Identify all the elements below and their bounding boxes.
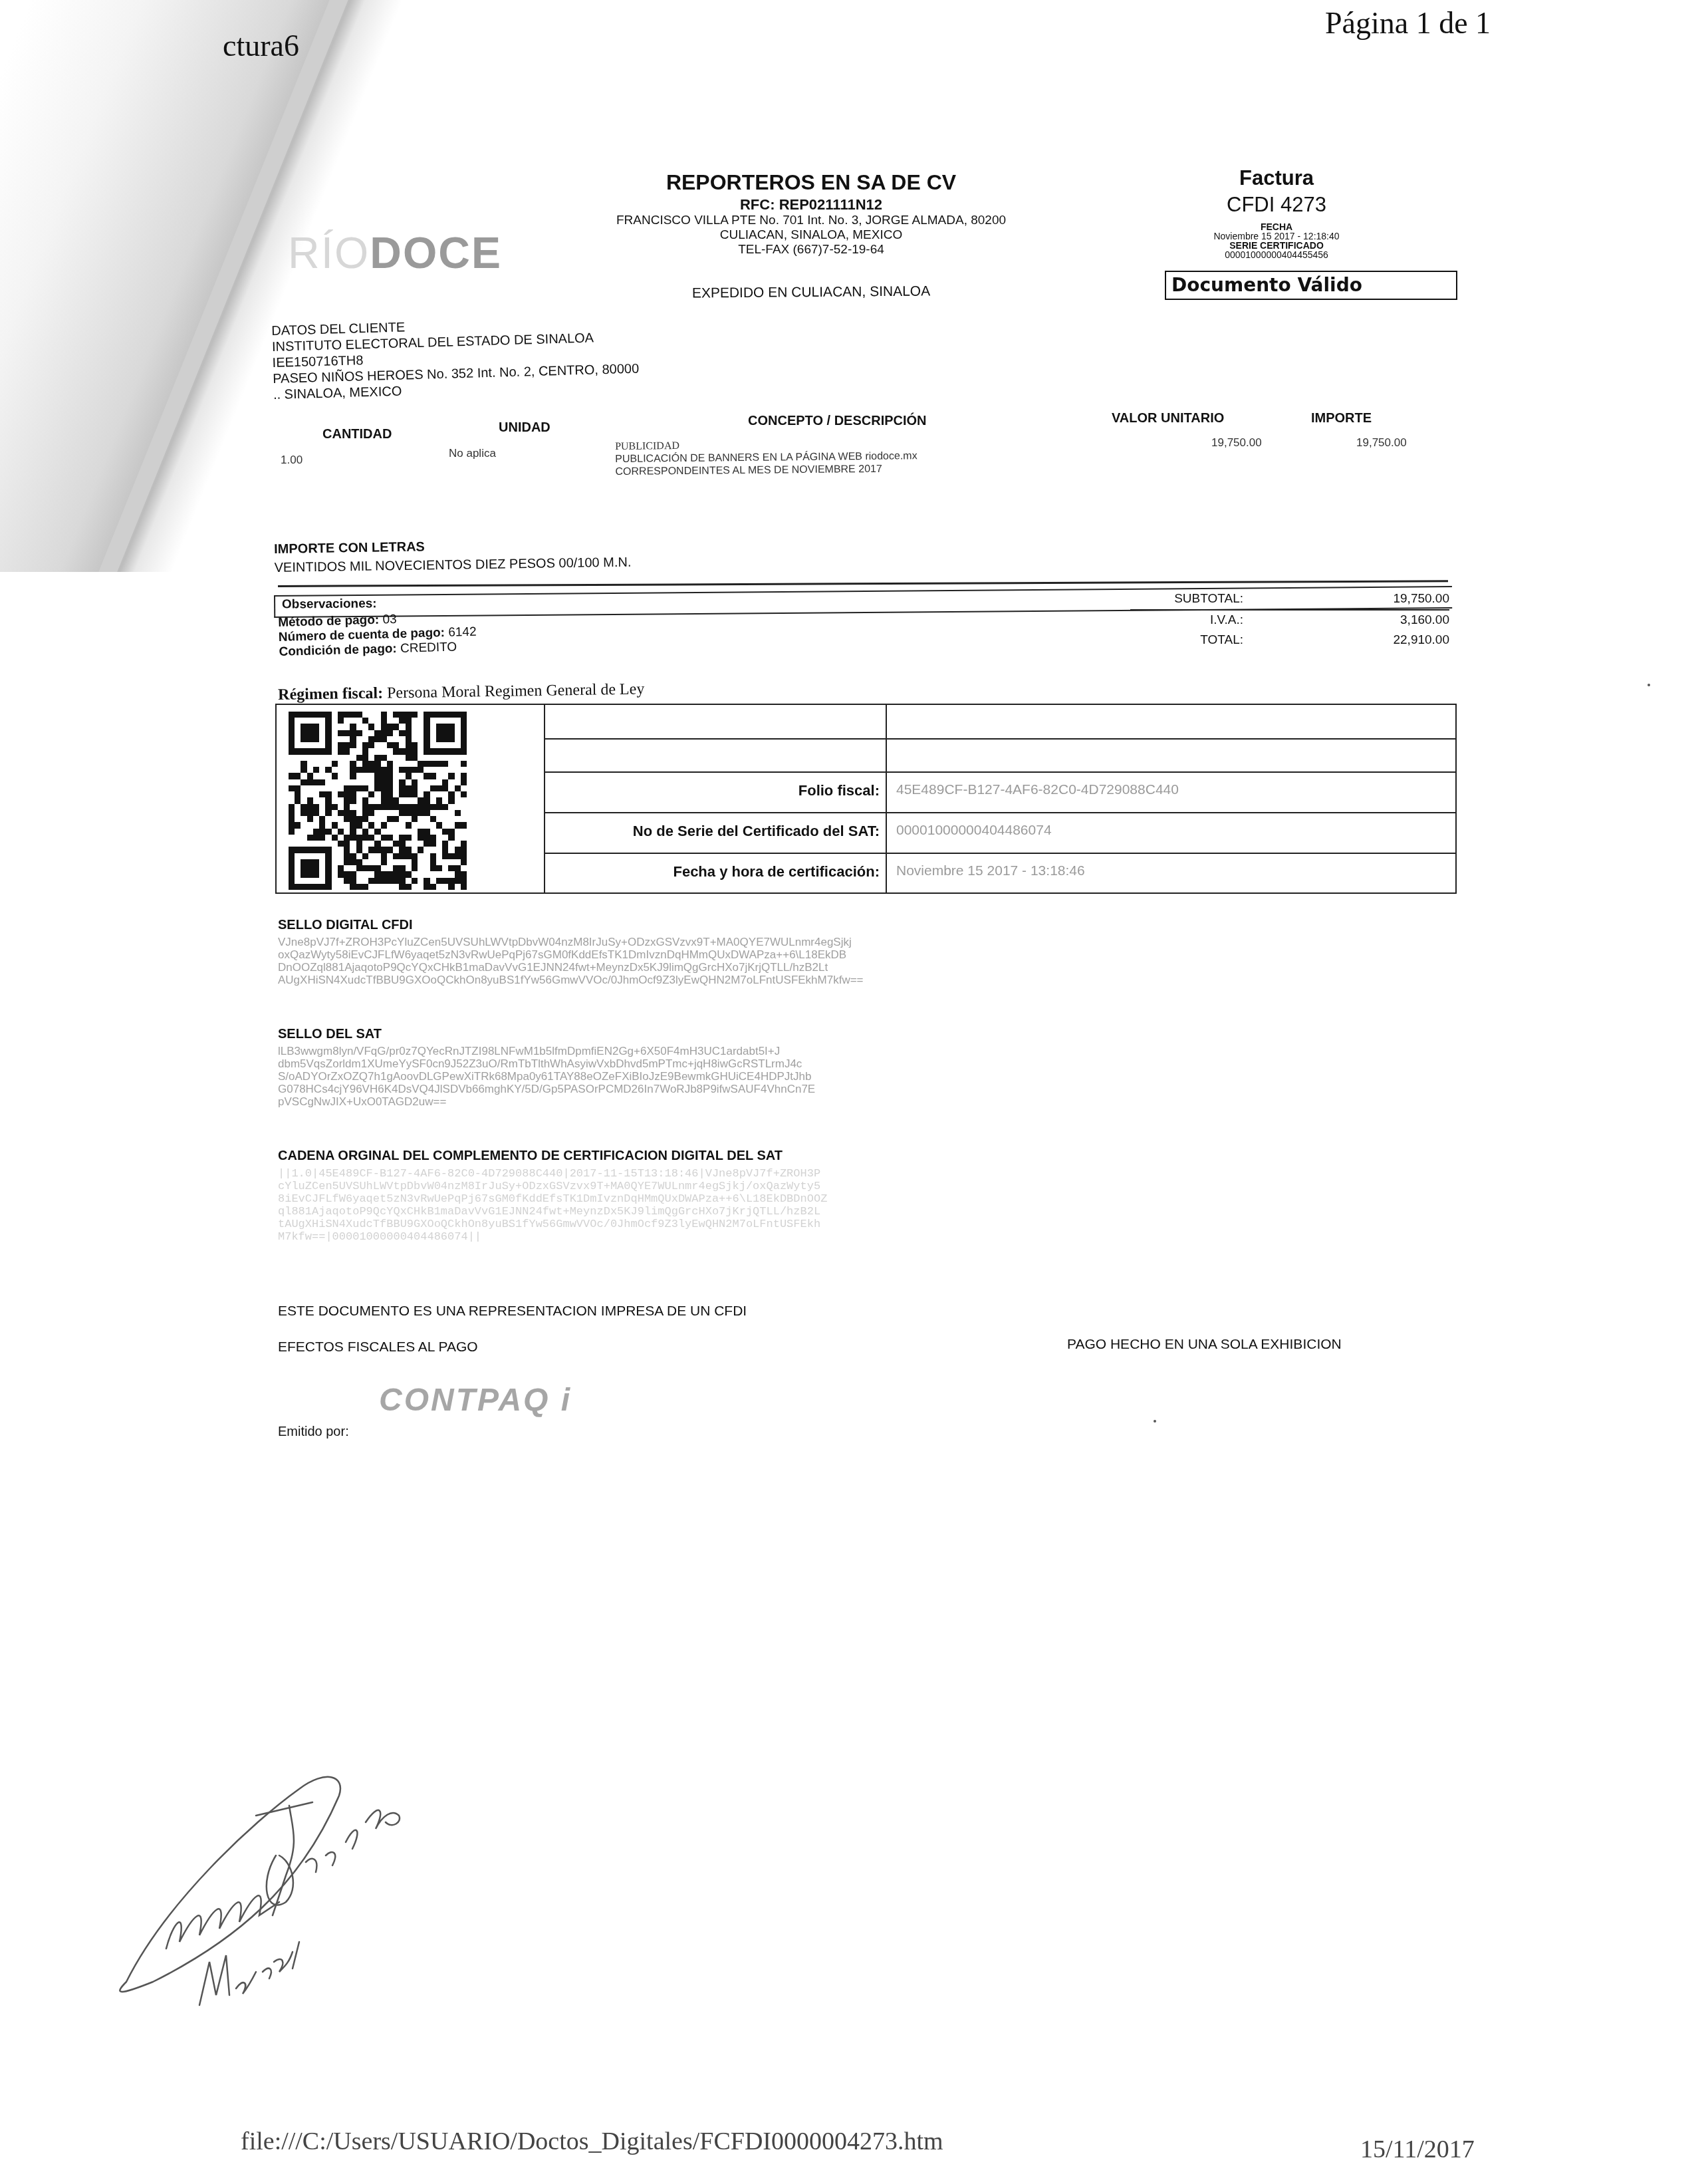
sello-sat-line: dbm5VqsZorldm1XUmeYySF0cn9J52Z3uO/RmTbTl… bbox=[278, 1057, 976, 1070]
totals-block: SUBTOTAL: 19,750.00 I.V.A.: 3,160.00 TOT… bbox=[1130, 589, 1449, 650]
sello-cfdi-line: DnOOZql881AjaqotoP9QcYQxCHkB1maDavVvG1EJ… bbox=[278, 961, 1042, 974]
total-row: TOTAL: 22,910.00 bbox=[1130, 630, 1449, 650]
invoice-date-label: FECHA bbox=[1163, 222, 1390, 231]
cadena-line: cYluZCen5UVSUhLWVtpDbvW04nzM8IrJuSy+ODzx… bbox=[278, 1180, 1262, 1193]
column-header-unidad: UNIDAD bbox=[499, 420, 550, 436]
subtotal-label: SUBTOTAL: bbox=[1130, 592, 1243, 607]
payment-method-value: 03 bbox=[382, 613, 397, 627]
invoice-type: Factura bbox=[1163, 166, 1390, 190]
issuer-logo: RÍODOCE bbox=[288, 227, 502, 278]
iva-value: 3,160.00 bbox=[1400, 613, 1449, 628]
regimen-label: Régimen fiscal: bbox=[278, 685, 383, 704]
table-column-divider bbox=[886, 705, 887, 892]
sello-cfdi-line: AUgXHiSN4XudcTfBBU9GXOoQCkhOn8yuBS1fYw56… bbox=[278, 974, 1042, 986]
cadena-title: CADENA ORGINAL DEL COMPLEMENTO DE CERTIF… bbox=[278, 1149, 1262, 1164]
fecha-certificacion-label: Fecha y hora de certificación: bbox=[673, 863, 880, 881]
folio-fiscal-label: Folio fiscal: bbox=[798, 782, 880, 799]
serie-sat-label: No de Serie del Certificado del SAT: bbox=[633, 823, 880, 840]
sello-sat-title: SELLO DEL SAT bbox=[278, 1027, 976, 1042]
subtotal-row: SUBTOTAL: 19,750.00 bbox=[1130, 589, 1449, 611]
emitido-por-label: Emitido por: bbox=[278, 1425, 349, 1440]
fecha-certificacion-value: Noviembre 15 2017 - 13:18:46 bbox=[896, 863, 1085, 879]
observations-label: Observaciones: bbox=[282, 597, 377, 612]
item-unidad: No aplica bbox=[449, 447, 496, 460]
payment-account-value: 6142 bbox=[448, 625, 477, 640]
cadena-line: ql881AjaqotoP9QcYQxCHkB1maDavVvG1EJNN24f… bbox=[278, 1206, 1262, 1218]
handwritten-signature bbox=[100, 1742, 598, 2048]
sello-sat-line: S/oADYOrZxOZQ7h1gAoovDLGPewXiTRk68Mpa0y6… bbox=[278, 1070, 976, 1083]
logo-part-rio: RÍO bbox=[288, 228, 370, 277]
table-row-divider bbox=[545, 771, 1455, 773]
print-footer-path: file:///C:/Users/USUARIO/Doctos_Digitale… bbox=[241, 2127, 943, 2156]
item-concepto: PUBLICIDAD PUBLICACIÓN DE BANNERS EN LA … bbox=[615, 437, 917, 478]
scan-speck bbox=[1154, 1420, 1156, 1423]
table-row-divider bbox=[545, 738, 1455, 740]
sello-cfdi-line: VJne8pVJ7f+ZROH3PcYluZCen5UVSUhLWVtpDbvW… bbox=[278, 936, 1042, 948]
cadena-original: CADENA ORGINAL DEL COMPLEMENTO DE CERTIF… bbox=[278, 1149, 1262, 1244]
payment-condition-label: Condición de pago: bbox=[279, 642, 397, 659]
column-header-valor-unitario: VALOR UNITARIO bbox=[1112, 411, 1224, 426]
iva-label: I.V.A.: bbox=[1130, 613, 1243, 628]
issuer-rfc: RFC: REP021111N12 bbox=[578, 196, 1044, 213]
sello-cfdi-body: VJne8pVJ7f+ZROH3PcYluZCen5UVSUhLWVtpDbvW… bbox=[278, 936, 1042, 986]
amount-in-words: IMPORTE CON LETRAS VEINTIDOS MIL NOVECIE… bbox=[274, 535, 632, 577]
issuer-city: CULIACAN, SINALOA, MEXICO bbox=[578, 228, 1044, 243]
legend-pago-una-exhibicion: PAGO HECHO EN UNA SOLA EXHIBICION bbox=[1067, 1337, 1342, 1353]
cadena-line: tAUgXHiSN4XudcTfBBU9GXOoQCkhOn8yuBS1fYw5… bbox=[278, 1218, 1262, 1231]
iva-row: I.V.A.: 3,160.00 bbox=[1130, 611, 1449, 630]
scan-speck bbox=[1647, 684, 1650, 686]
sello-sat-body: lLB3wwgm8lyn/VFqG/pr0z7QYecRnJTZI98LNFwM… bbox=[278, 1045, 976, 1108]
sello-cfdi-line: oxQazWyty58iEvCJFLfW6yaqet5zN3vRwUePqPj6… bbox=[278, 948, 1042, 961]
status-badge: Documento Válido bbox=[1165, 271, 1457, 300]
item-importe: 19,750.00 bbox=[1356, 436, 1407, 450]
divider-rule bbox=[278, 580, 1448, 587]
invoice-block: Factura CFDI 4273 FECHA Noviembre 15 201… bbox=[1163, 166, 1390, 259]
sello-sat-line: lLB3wwgm8lyn/VFqG/pr0z7QYecRnJTZI98LNFwM… bbox=[278, 1045, 976, 1057]
item-cantidad: 1.00 bbox=[281, 454, 303, 467]
cadena-line: ||1.0|45E489CF-B127-4AF6-82C0-4D729088C4… bbox=[278, 1168, 1262, 1180]
qr-code-icon bbox=[285, 712, 471, 890]
sello-digital-cfdi: SELLO DIGITAL CFDI VJne8pVJ7f+ZROH3PcYlu… bbox=[278, 918, 1042, 986]
cadena-line: M7kfw==|00001000000404486074|| bbox=[278, 1231, 1262, 1244]
serie-sat-value: 00001000000404486074 bbox=[896, 823, 1052, 839]
table-row-divider bbox=[545, 812, 1455, 813]
logo-part-doce: DOCE bbox=[370, 228, 502, 277]
issuer-address: FRANCISCO VILLA PTE No. 701 Int. No. 3, … bbox=[578, 213, 1044, 228]
print-footer-date: 15/11/2017 bbox=[1360, 2135, 1475, 2164]
page-curl-shadow bbox=[0, 0, 414, 572]
column-header-concepto: CONCEPTO / DESCRIPCIÓN bbox=[748, 414, 927, 429]
payment-method-label: Método de pago: bbox=[278, 613, 380, 630]
invoice-cert-value: 00001000000404455456 bbox=[1163, 250, 1390, 259]
invoice-number: CFDI 4273 bbox=[1163, 193, 1390, 217]
item-concepto-line3: CORRESPONDEINTES AL MES DE NOVIEMBRE 201… bbox=[615, 462, 917, 478]
page-indicator: Página 1 de 1 bbox=[1325, 5, 1491, 41]
column-header-importe: IMPORTE bbox=[1311, 411, 1372, 426]
contpaq-logo: CONTPAQ i bbox=[379, 1382, 572, 1419]
total-label: TOTAL: bbox=[1130, 633, 1243, 648]
invoice-cert-label: SERIE CERTIFICADO bbox=[1163, 241, 1390, 250]
total-value: 22,910.00 bbox=[1393, 633, 1449, 648]
regimen-value: Persona Moral Regimen General de Ley bbox=[387, 680, 645, 702]
sello-sat-line: pVSCgNwJIX+UxO0TAGD2uw== bbox=[278, 1095, 976, 1108]
qr-cell bbox=[277, 705, 545, 892]
payment-condition-value: CREDITO bbox=[400, 640, 457, 656]
sello-del-sat: SELLO DEL SAT lLB3wwgm8lyn/VFqG/pr0z7QYe… bbox=[278, 1027, 976, 1108]
item-valor-unitario: 19,750.00 bbox=[1211, 436, 1262, 450]
certification-table: Folio fiscal: 45E489CF-B127-4AF6-82C0-4D… bbox=[275, 704, 1457, 894]
legend-efectos-fiscales: EFECTOS FISCALES AL PAGO bbox=[278, 1339, 478, 1355]
subtotal-value: 19,750.00 bbox=[1393, 592, 1449, 607]
sello-sat-line: G078HCs4cjY96VH6K4DsVQ4JlSDVb66mghKY/5D/… bbox=[278, 1083, 976, 1095]
sello-cfdi-title: SELLO DIGITAL CFDI bbox=[278, 918, 1042, 933]
column-header-cantidad: CANTIDAD bbox=[322, 427, 392, 442]
observations-lines: Método de pago: 03 Número de cuenta de p… bbox=[278, 611, 477, 660]
client-block: DATOS DEL CLIENTE INSTITUTO ELECTORAL DE… bbox=[271, 313, 640, 403]
table-row-divider bbox=[545, 853, 1455, 854]
legend-representacion: ESTE DOCUMENTO ES UNA REPRESENTACION IMP… bbox=[278, 1303, 747, 1319]
invoice-date-value: Noviembre 15 2017 - 12:18:40 bbox=[1163, 231, 1390, 241]
cadena-body: ||1.0|45E489CF-B127-4AF6-82C0-4D729088C4… bbox=[278, 1168, 1262, 1244]
expedido-en: EXPEDIDO EN CULIACAN, SINALOA bbox=[578, 283, 1044, 303]
regimen-fiscal: Régimen fiscal: Persona Moral Regimen Ge… bbox=[278, 680, 645, 704]
cadena-line: 8iEvCJFLfW6yaqet5zN3vRwUePqPj67sGM0fKddE… bbox=[278, 1193, 1262, 1206]
print-header-title: ctura6 bbox=[223, 28, 299, 63]
issuer-block: REPORTEROS EN SA DE CV RFC: REP021111N12… bbox=[578, 170, 1044, 257]
folio-fiscal-value: 45E489CF-B127-4AF6-82C0-4D729088C440 bbox=[896, 782, 1179, 798]
issuer-name: REPORTEROS EN SA DE CV bbox=[578, 170, 1044, 195]
issuer-phone: TEL-FAX (667)7-52-19-64 bbox=[578, 243, 1044, 257]
